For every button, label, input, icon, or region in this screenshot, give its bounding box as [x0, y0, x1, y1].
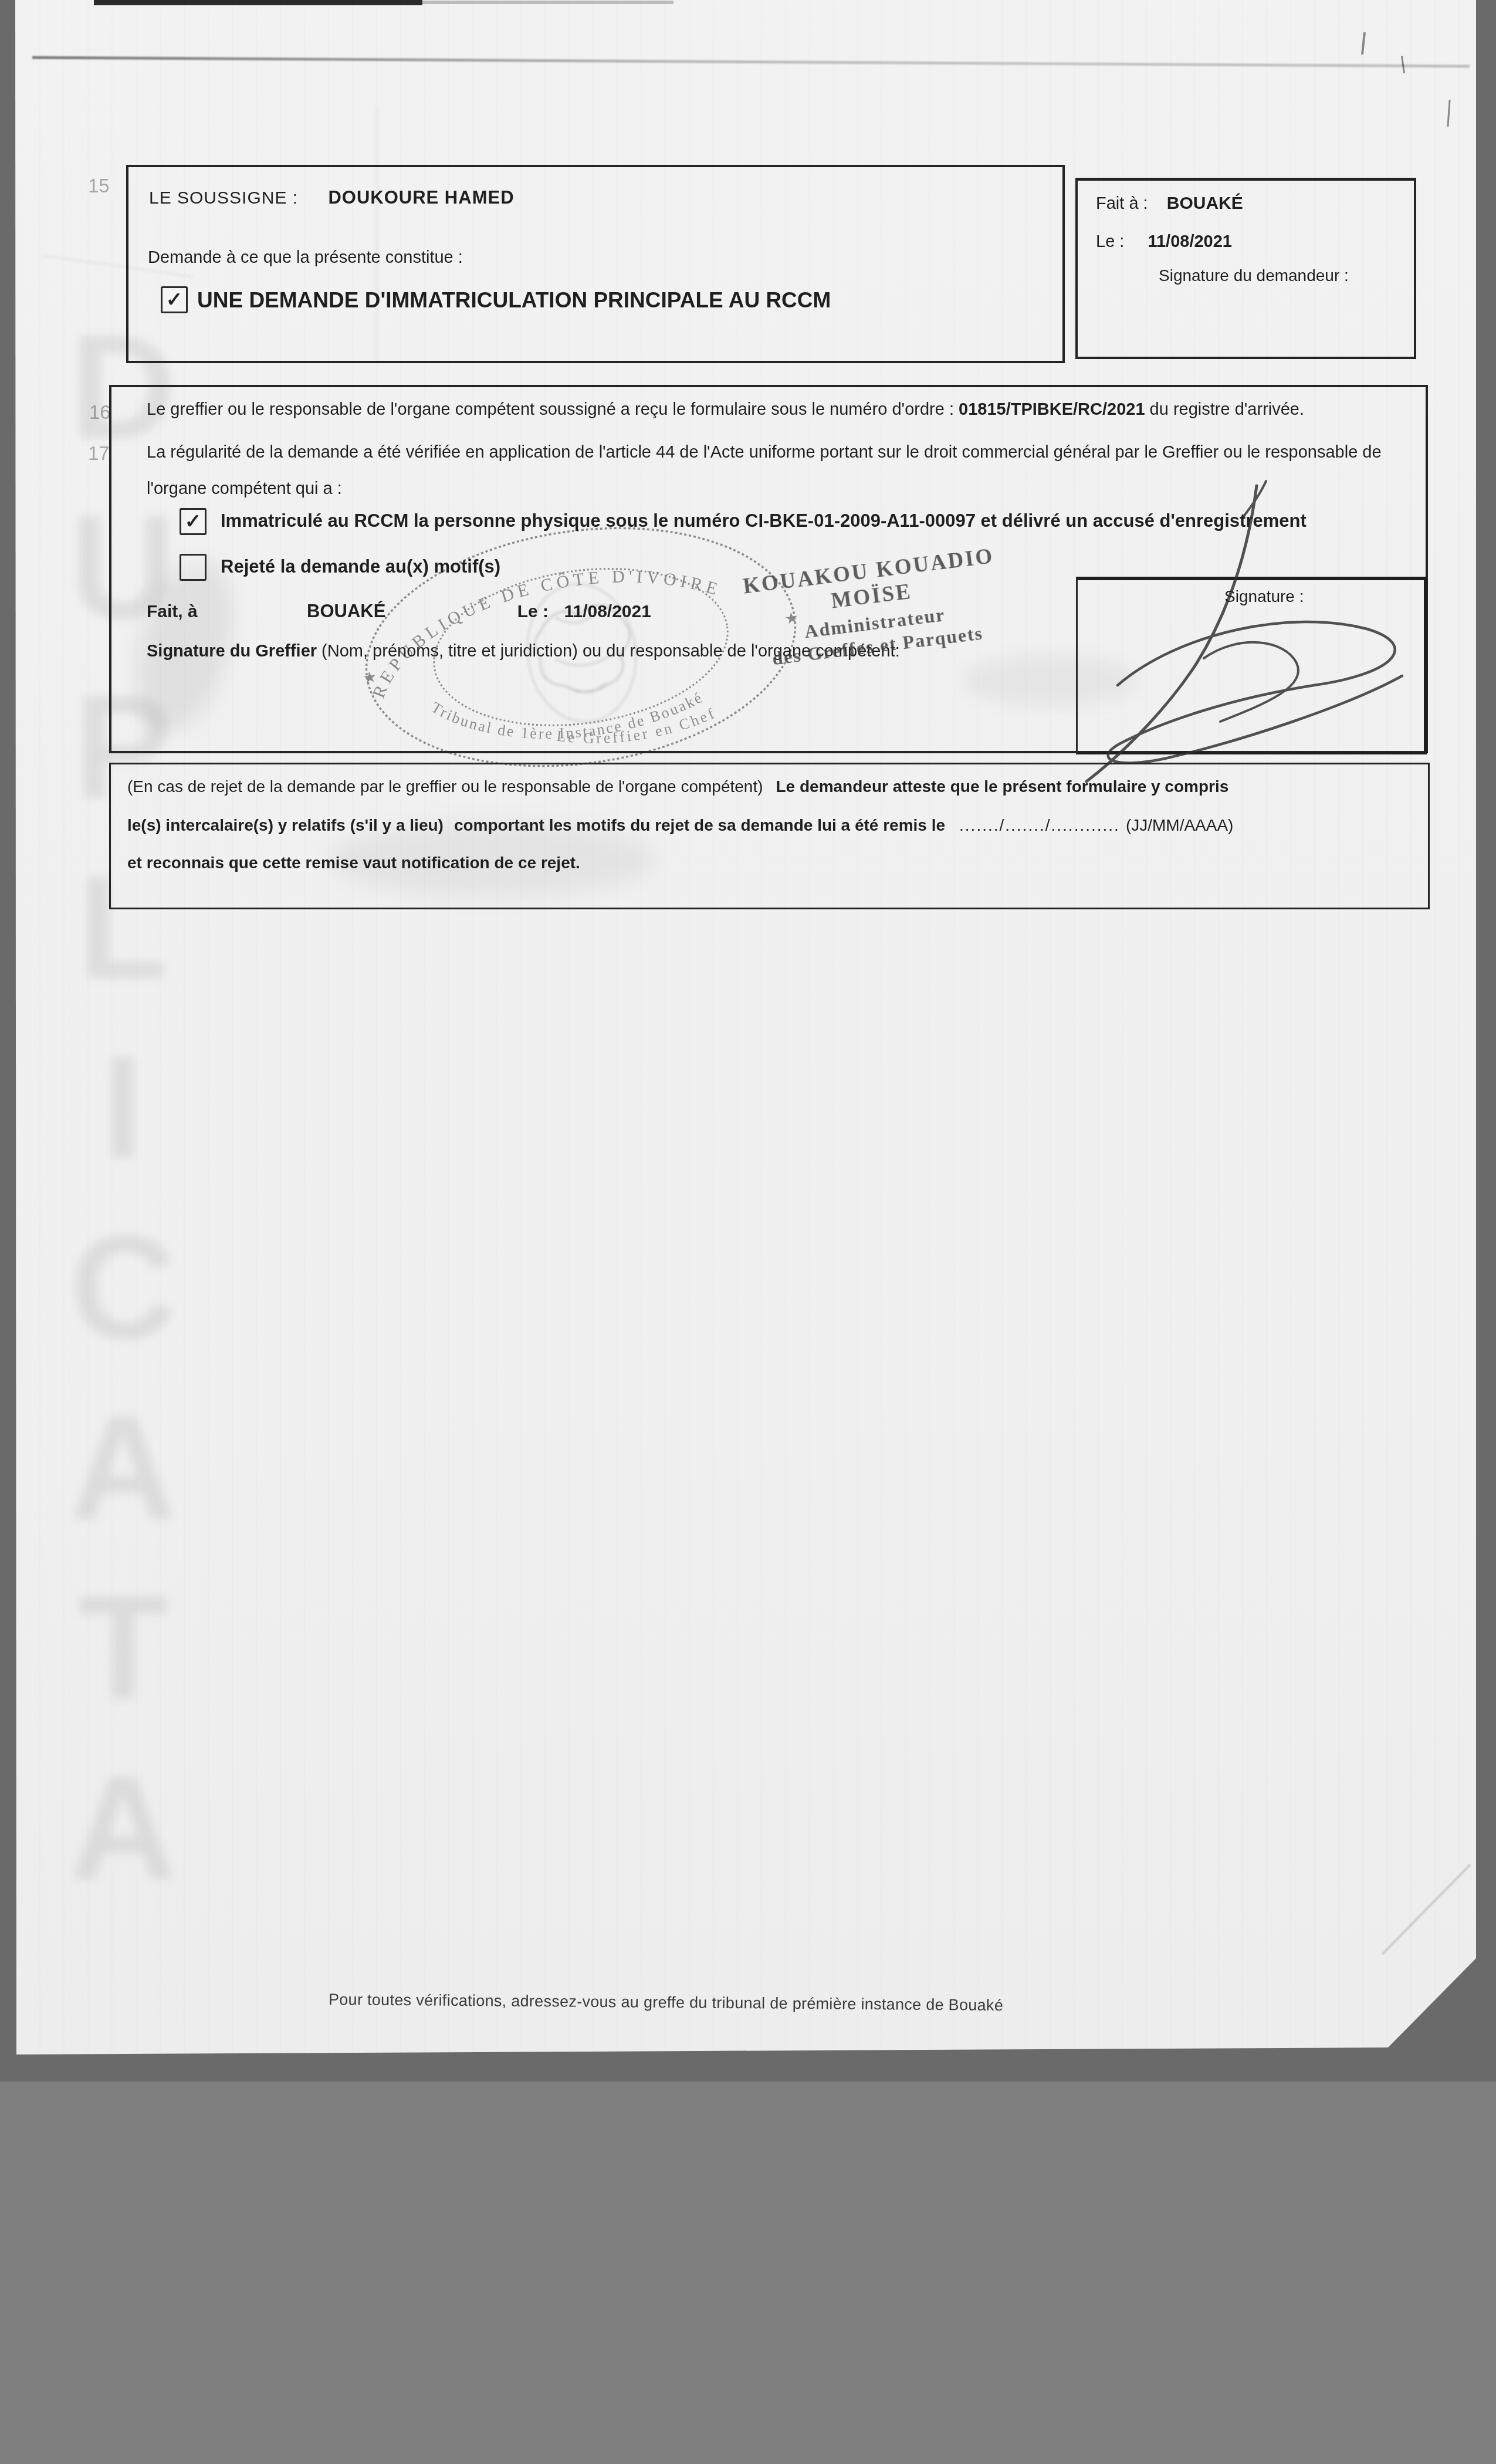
- soussigne-label: LE SOUSSIGNE :: [149, 188, 298, 208]
- place-date-box: Fait à : BOUAKÉ Le : 11/08/2021 Signatur…: [1075, 178, 1416, 359]
- rejection-notice-box: (En cas de rejet de la demande par le gr…: [109, 763, 1430, 909]
- applicant-declaration-box: LE SOUSSIGNE : DOUKOURE HAMED Demande à …: [126, 165, 1065, 363]
- rejete-label: Rejeté la demande au(x) motif(s): [221, 556, 500, 577]
- margin-number: 15: [88, 175, 110, 197]
- fait-a-value: BOUAKÉ: [1167, 194, 1243, 213]
- margin-number: 17: [88, 442, 110, 465]
- greffe-date-label: Le :: [517, 602, 549, 621]
- scan-top-black-bar: [94, 0, 422, 5]
- date-format-hint: (JJ/MM/AAAA): [1126, 816, 1234, 834]
- scan-crease-mark: [1447, 100, 1450, 127]
- margin-number: 16: [89, 401, 111, 424]
- applicant-signature-label: Signature du demandeur :: [1159, 266, 1349, 285]
- scan-crease-mark: [1361, 32, 1366, 55]
- fait-label: Fait, à: [147, 602, 198, 621]
- immatriculation-principale-checkbox[interactable]: ✓: [161, 286, 188, 313]
- rejection-line1: (En cas de rejet de la demande par le gr…: [127, 777, 1228, 796]
- scan-top-bar-fade: [421, 1, 673, 4]
- applicant-name: DOUKOURE HAMED: [328, 187, 514, 208]
- date-line: Le : 11/08/2021: [1096, 232, 1232, 252]
- rccm-number-value: CI-BKE-01-2009-A11-00097: [745, 510, 976, 531]
- order-number-value: 01815/TPIBKE/RC/2021: [959, 400, 1145, 419]
- order-number-line: Le greffier ou le responsable de l'organ…: [147, 400, 1304, 419]
- request-line: Demande à ce que la présente constitue :: [148, 248, 463, 268]
- checkmark-icon: ✓: [166, 288, 183, 312]
- footer-note: Pour toutes vérifications, adressez-vous…: [329, 1991, 1003, 2015]
- fait-a-line: Fait à : BOUAKÉ: [1096, 194, 1243, 214]
- greffe-city: BOUAKÉ: [307, 601, 385, 621]
- immatricule-checkbox[interactable]: ✓: [180, 508, 207, 535]
- immatriculation-principale-label: UNE DEMANDE D'IMMATRICULATION PRINCIPALE…: [197, 288, 831, 313]
- checkmark-icon: ✓: [185, 510, 202, 533]
- folded-corner-edge: [1382, 1864, 1471, 1955]
- fait-a-greffe-line: Fait, à BOUAKÉ Le : 11/08/2021: [147, 601, 651, 622]
- rejete-checkbox[interactable]: [180, 554, 207, 581]
- rejection-line3: et reconnais que cette remise vaut notif…: [127, 854, 580, 872]
- date-dots-field: ......./......./............: [959, 816, 1120, 834]
- scan-horizontal-line: [32, 56, 1470, 68]
- date-value: 11/08/2021: [1148, 232, 1232, 251]
- date-label: Le :: [1096, 232, 1124, 251]
- greffier-handwritten-signature: [1050, 469, 1449, 798]
- order-number-text-after: du registre d'arrivée.: [1145, 400, 1305, 419]
- order-number-text-before: Le greffier ou le responsable de l'organ…: [147, 400, 959, 419]
- scanned-paper: DUPLICATA 15 16 17 LE SOUSSIGNE : DOUKOU…: [0, 0, 1496, 2081]
- rejection-line2: le(s) intercalaire(s) y relatifs (s'il y…: [127, 816, 1233, 835]
- soussigne-line: LE SOUSSIGNE : DOUKOURE HAMED: [149, 187, 515, 208]
- fait-a-label: Fait à :: [1096, 194, 1148, 213]
- greffe-date-value: 11/08/2021: [564, 602, 651, 621]
